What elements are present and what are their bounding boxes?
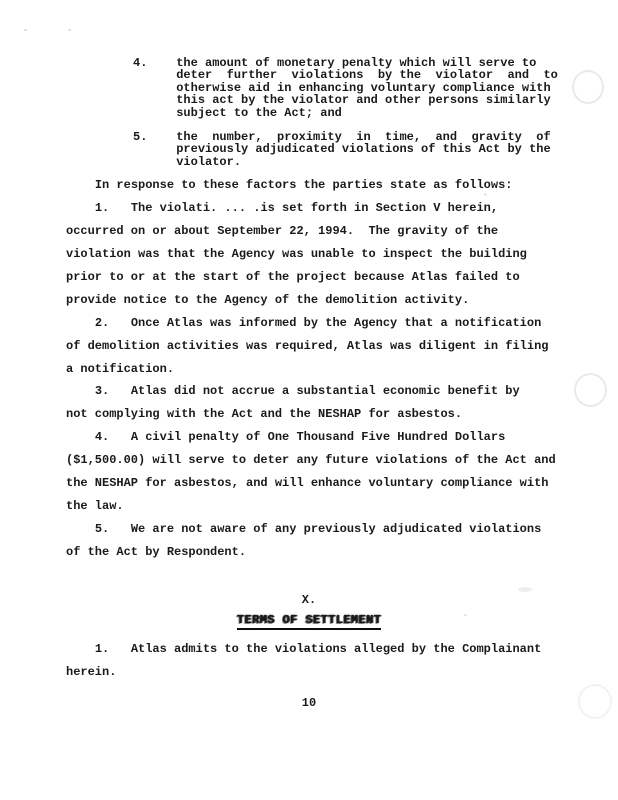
settlement-paragraph-1: 1. Atlas admits to the violations allege… xyxy=(66,638,591,684)
paragraph-5-prior-violations: 5. We are not aware of any previously ad… xyxy=(66,518,591,564)
paragraph-2-notification: 2. Once Atlas was informed by the Agency… xyxy=(66,312,591,381)
paragraph-1-violation: 1. The violati. ... .is set forth in Sec… xyxy=(66,197,591,312)
scan-smudge xyxy=(518,587,532,592)
paragraph-4-civil-penalty: 4. A civil penalty of One Thousand Five … xyxy=(66,426,591,518)
scanned-document-page: 4. the amount of monetary penalty which … xyxy=(0,0,618,800)
scan-speck xyxy=(24,29,27,31)
section-number-roman: X. xyxy=(0,593,618,607)
paragraph-3-economic-benefit: 3. Atlas did not accrue a substantial ec… xyxy=(66,380,591,426)
factor-item-5: 5. the number, proximity in time, and gr… xyxy=(133,131,583,168)
section-heading-terms-of-settlement: TERMS OF SETTLEMENT xyxy=(237,613,381,630)
scan-speck xyxy=(68,29,71,31)
intro-line: In response to these factors the parties… xyxy=(66,174,591,197)
page-number: 10 xyxy=(0,696,618,710)
section-heading-row: TERMS OF SETTLEMENT xyxy=(0,613,618,630)
factor-item-4: 4. the amount of monetary penalty which … xyxy=(133,57,583,119)
